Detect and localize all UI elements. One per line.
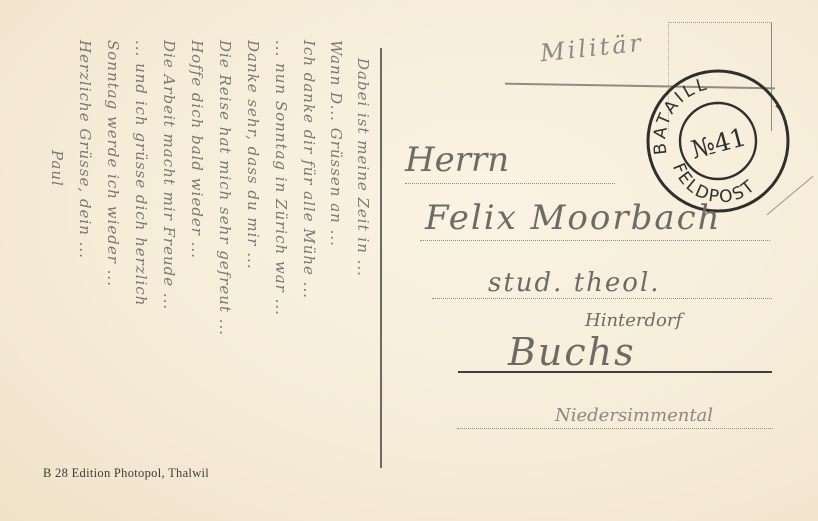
message-line: Herzliche Grüsse, dein ... (76, 40, 94, 259)
address-salutation: Herrn (405, 140, 509, 180)
message-line: ... nun Sonntag in Zürich war ... (272, 40, 290, 316)
address-line2: stud. theol. (488, 268, 661, 298)
message-line: Wann D... Grüssen an ... (327, 40, 345, 247)
address-line3: Hinterdorf (585, 310, 682, 331)
address-line (405, 183, 615, 184)
military-mark: Militär (539, 29, 645, 68)
postcard-back: Dabei ist meine Zeit in ... Wann D... Gr… (0, 0, 818, 521)
message-line: ... und ich grüsse dich herzlich (132, 40, 150, 306)
address-line (457, 428, 773, 429)
message-line: Danke sehr, dass du mir ... (244, 40, 262, 270)
message-signature: Paul (48, 150, 66, 187)
address-line (432, 298, 772, 299)
handwritten-message: Dabei ist meine Zeit in ... Wann D... Gr… (0, 0, 375, 521)
message-line: Sonntag werde ich wieder ... (104, 40, 122, 287)
postmark-number: №41 (688, 122, 749, 164)
message-line: Hoffe dich bald wieder ... (188, 40, 206, 259)
address-line (420, 240, 770, 241)
message-line: Dabei ist meine Zeit in ... (354, 58, 372, 277)
message-line: Die Arbeit macht mir Freude ... (160, 40, 178, 310)
message-line: Die Reise hat mich sehr gefreut ... (216, 40, 234, 336)
svg-text:✦: ✦ (774, 102, 782, 113)
card-divider (380, 48, 382, 468)
publisher-imprint: B 28 Edition Photopol, Thalwil (43, 466, 209, 481)
message-line: Ich danke dir für alle Mühe ... (300, 40, 318, 299)
feldpost-postmark-icon: BATAILL FELDPOST №41 ✦ (643, 66, 793, 216)
address-region: Niedersimmental (555, 405, 713, 426)
address-city: Buchs (508, 330, 636, 374)
address-name: Felix Moorbach (425, 198, 722, 238)
